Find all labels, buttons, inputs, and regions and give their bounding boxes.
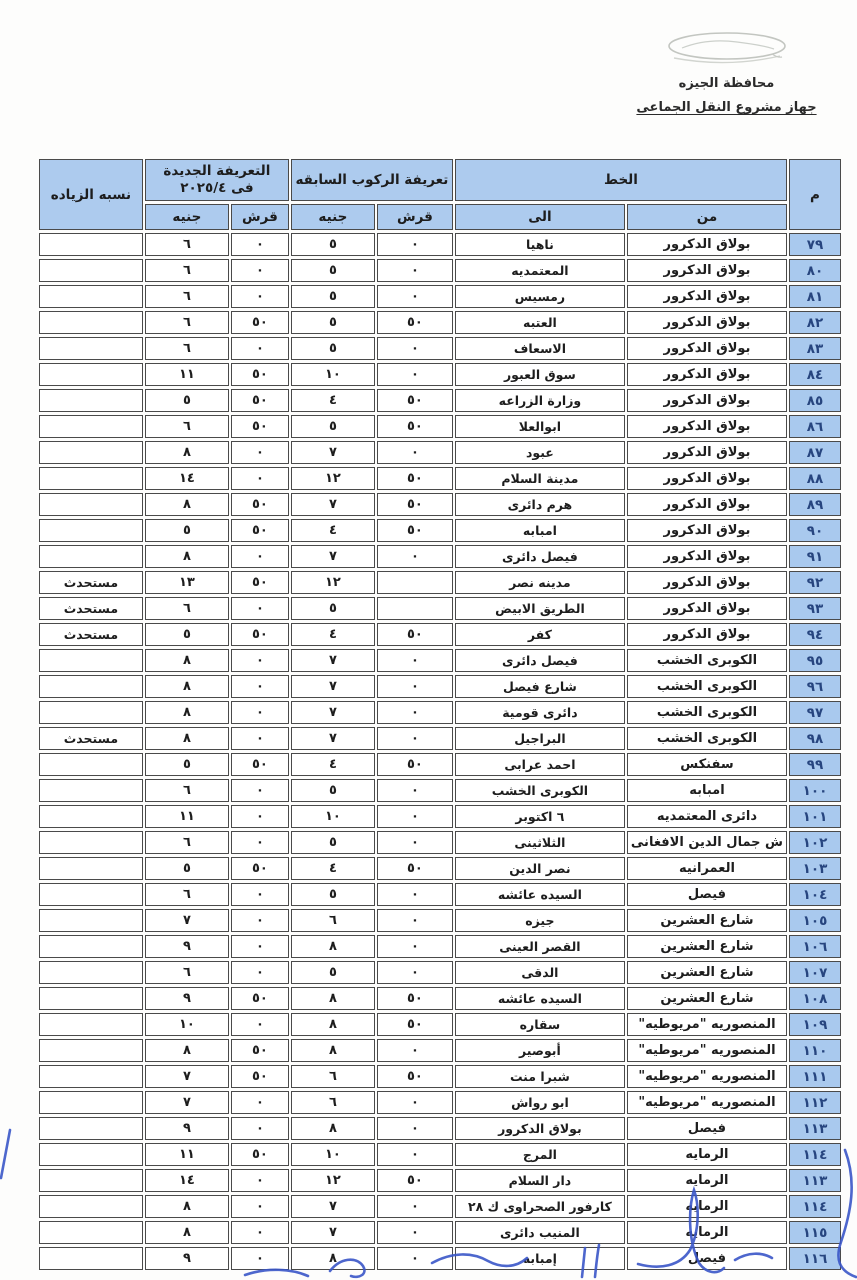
prev-qirsh-cell: ٥٠ xyxy=(377,623,453,646)
table-row: ١١٦فيصلإمبابه٠٨٠٩ xyxy=(39,1247,841,1270)
row-index-cell: ٧٩ xyxy=(789,233,841,256)
new-geneh-cell: ٧ xyxy=(145,909,229,932)
from-cell: شارع العشرين xyxy=(627,961,787,984)
table-row: ١٠٤فيصلالسيده عائشه٠٥٠٦ xyxy=(39,883,841,906)
prev-qirsh-cell: ٠ xyxy=(377,883,453,906)
prev-geneh-cell: ٥ xyxy=(291,597,375,620)
table-row: ١٠٣العمرانيهنصر الدين٥٠٤٥٠٥ xyxy=(39,857,841,880)
org-name: محافظة الجيزه xyxy=(634,76,819,91)
scanned-fare-document: محافظة الجيزه جهاز مشروع النقل الجماعى م… xyxy=(0,0,857,1280)
to-cell: الطريق الابيض xyxy=(455,597,625,620)
new-qirsh-cell: ٠ xyxy=(231,285,289,308)
new-geneh-cell: ٨ xyxy=(145,441,229,464)
col-header-from: من xyxy=(627,204,787,230)
row-index-cell: ٩٩ xyxy=(789,753,841,776)
prev-geneh-cell: ٧ xyxy=(291,727,375,750)
increase-cell xyxy=(39,1065,143,1088)
prev-geneh-cell: ٨ xyxy=(291,935,375,958)
prev-qirsh-cell: ٠ xyxy=(377,545,453,568)
row-index-cell: ٨٠ xyxy=(789,259,841,282)
prev-geneh-cell: ٨ xyxy=(291,1117,375,1140)
from-cell: المنصوريه "مريوطيه" xyxy=(627,1065,787,1088)
increase-cell xyxy=(39,961,143,984)
to-cell: دائرى قومية xyxy=(455,701,625,724)
fare-table-header: م الخط تعريفة الركوب السابقه التعريفة ال… xyxy=(39,159,841,230)
new-qirsh-cell: ٠ xyxy=(231,259,289,282)
increase-cell xyxy=(39,857,143,880)
increase-cell xyxy=(39,1039,143,1062)
new-qirsh-cell: ٠ xyxy=(231,701,289,724)
prev-geneh-cell: ٥ xyxy=(291,415,375,438)
row-index-cell: ٨٤ xyxy=(789,363,841,386)
new-geneh-cell: ٩ xyxy=(145,935,229,958)
increase-cell xyxy=(39,441,143,464)
increase-cell xyxy=(39,415,143,438)
from-cell: فيصل xyxy=(627,1247,787,1270)
to-cell: الاسعاف xyxy=(455,337,625,360)
row-index-cell: ١٠٢ xyxy=(789,831,841,854)
new-qirsh-cell: ٠ xyxy=(231,675,289,698)
increase-cell xyxy=(39,1169,143,1192)
new-qirsh-cell: ٥٠ xyxy=(231,1143,289,1166)
from-cell: الكوبرى الخشب xyxy=(627,649,787,672)
prev-geneh-cell: ٨ xyxy=(291,987,375,1010)
new-geneh-cell: ٨ xyxy=(145,675,229,698)
from-cell: بولاق الدكرور xyxy=(627,363,787,386)
prev-geneh-cell: ٥ xyxy=(291,311,375,334)
prev-qirsh-cell: ٥٠ xyxy=(377,415,453,438)
prev-geneh-cell: ٤ xyxy=(291,623,375,646)
from-cell: بولاق الدكرور xyxy=(627,597,787,620)
new-qirsh-cell: ٠ xyxy=(231,727,289,750)
prev-geneh-cell: ٨ xyxy=(291,1013,375,1036)
prev-geneh-cell: ٧ xyxy=(291,545,375,568)
to-cell: كفر xyxy=(455,623,625,646)
row-index-cell: ٨٧ xyxy=(789,441,841,464)
new-qirsh-cell: ٥٠ xyxy=(231,363,289,386)
new-qirsh-cell: ٥٠ xyxy=(231,311,289,334)
new-qirsh-cell: ٠ xyxy=(231,935,289,958)
table-row: ١١٥الرمايهالمنيب دائرى٠٧٠٨ xyxy=(39,1221,841,1244)
prev-qirsh-cell: ٠ xyxy=(377,233,453,256)
prev-geneh-cell: ٥ xyxy=(291,883,375,906)
new-geneh-cell: ٨ xyxy=(145,1195,229,1218)
new-geneh-cell: ١٠ xyxy=(145,1013,229,1036)
new-qirsh-cell: ٠ xyxy=(231,597,289,620)
table-row: ٩١بولاق الدكرورفيصل دائرى٠٧٠٨ xyxy=(39,545,841,568)
increase-cell xyxy=(39,701,143,724)
prev-qirsh-cell: ٥٠ xyxy=(377,857,453,880)
to-cell: فيصل دائرى xyxy=(455,545,625,568)
table-row: ٨٥بولاق الدكروروزارة الزراعه٥٠٤٥٠٥ xyxy=(39,389,841,412)
to-cell: ابو رواش xyxy=(455,1091,625,1114)
table-row: ٨٣بولاق الدكرورالاسعاف٠٥٠٦ xyxy=(39,337,841,360)
prev-qirsh-cell: ٠ xyxy=(377,1221,453,1244)
new-qirsh-cell: ٠ xyxy=(231,649,289,672)
new-qirsh-cell: ٥٠ xyxy=(231,415,289,438)
from-cell: الكوبرى الخشب xyxy=(627,701,787,724)
table-row: ٨٢بولاق الدكرورالعتبه٥٠٥٥٠٦ xyxy=(39,311,841,334)
table-row: ٨٠بولاق الدكرورالمعتمديه٠٥٠٦ xyxy=(39,259,841,282)
from-cell: ش جمال الدين الافغانى xyxy=(627,831,787,854)
increase-cell xyxy=(39,675,143,698)
prev-qirsh-cell: ٠ xyxy=(377,285,453,308)
row-index-cell: ٨٥ xyxy=(789,389,841,412)
prev-geneh-cell: ٧ xyxy=(291,675,375,698)
row-index-cell: ٨٩ xyxy=(789,493,841,516)
prev-qirsh-cell: ٠ xyxy=(377,935,453,958)
row-index-cell: ٨٣ xyxy=(789,337,841,360)
from-cell: الرمايه xyxy=(627,1169,787,1192)
new-qirsh-cell: ٥٠ xyxy=(231,493,289,516)
new-geneh-cell: ٦ xyxy=(145,259,229,282)
new-geneh-cell: ٨ xyxy=(145,1039,229,1062)
new-geneh-cell: ٥ xyxy=(145,389,229,412)
table-row: ٩٠بولاق الدكرورامبابه٥٠٤٥٠٥ xyxy=(39,519,841,542)
prev-geneh-cell: ٧ xyxy=(291,441,375,464)
to-cell: رمسيس xyxy=(455,285,625,308)
increase-cell xyxy=(39,545,143,568)
row-index-cell: ٩٥ xyxy=(789,649,841,672)
new-geneh-cell: ٨ xyxy=(145,493,229,516)
new-geneh-cell: ٥ xyxy=(145,857,229,880)
to-cell: سوق العبور xyxy=(455,363,625,386)
new-geneh-cell: ٨ xyxy=(145,545,229,568)
increase-cell xyxy=(39,285,143,308)
increase-cell xyxy=(39,779,143,802)
new-qirsh-cell: ٠ xyxy=(231,1013,289,1036)
to-cell: شبرا منت xyxy=(455,1065,625,1088)
prev-geneh-cell: ١٠ xyxy=(291,1143,375,1166)
to-cell: الثلاثينى xyxy=(455,831,625,854)
increase-cell xyxy=(39,883,143,906)
to-cell: شارع فيصل xyxy=(455,675,625,698)
row-index-cell: ١٠٣ xyxy=(789,857,841,880)
to-cell: ٦ اكتوبر xyxy=(455,805,625,828)
prev-geneh-cell: ٨ xyxy=(291,1247,375,1270)
from-cell: شارع العشرين xyxy=(627,987,787,1010)
from-cell: الرمايه xyxy=(627,1143,787,1166)
prev-qirsh-cell: ٥٠ xyxy=(377,493,453,516)
new-qirsh-cell: ٠ xyxy=(231,233,289,256)
to-cell: نصر الدين xyxy=(455,857,625,880)
table-row: ١٠٩المنصوريه "مريوطيه"سقاره٥٠٨٠١٠ xyxy=(39,1013,841,1036)
row-index-cell: ٩٧ xyxy=(789,701,841,724)
from-cell: بولاق الدكرور xyxy=(627,467,787,490)
to-cell: إمبابه xyxy=(455,1247,625,1270)
table-row: ١٠٢ش جمال الدين الافغانىالثلاثينى٠٥٠٦ xyxy=(39,831,841,854)
increase-cell xyxy=(39,493,143,516)
new-qirsh-cell: ٥٠ xyxy=(231,1065,289,1088)
prev-qirsh-cell: ٠ xyxy=(377,675,453,698)
from-cell: الكوبرى الخشب xyxy=(627,727,787,750)
new-qirsh-cell: ٠ xyxy=(231,805,289,828)
increase-cell: مستحدث xyxy=(39,623,143,646)
from-cell: بولاق الدكرور xyxy=(627,259,787,282)
col-header-previous-fare-group: تعريفة الركوب السابقه xyxy=(291,159,453,201)
from-cell: الكوبرى الخشب xyxy=(627,675,787,698)
table-row: ١٠٥شارع العشرينجيزه٠٦٠٧ xyxy=(39,909,841,932)
prev-geneh-cell: ٥ xyxy=(291,259,375,282)
row-index-cell: ٩٠ xyxy=(789,519,841,542)
table-row: ٨١بولاق الدكروررمسيس٠٥٠٦ xyxy=(39,285,841,308)
prev-geneh-cell: ٨ xyxy=(291,1039,375,1062)
new-fare-group-line1: التعريفة الجديدة xyxy=(149,163,285,180)
prev-qirsh-cell: ٠ xyxy=(377,805,453,828)
fare-table-body: ٧٩بولاق الدكرورناهيا٠٥٠٦٨٠بولاق الدكرورا… xyxy=(39,233,841,1270)
prev-geneh-cell: ٤ xyxy=(291,389,375,412)
new-qirsh-cell: ٠ xyxy=(231,337,289,360)
increase-cell xyxy=(39,311,143,334)
row-index-cell: ١٠٥ xyxy=(789,909,841,932)
prev-qirsh-cell: ٠ xyxy=(377,441,453,464)
from-cell: بولاق الدكرور xyxy=(627,623,787,646)
row-index-cell: ١٠٩ xyxy=(789,1013,841,1036)
prev-geneh-cell: ١٢ xyxy=(291,571,375,594)
table-row: ٧٩بولاق الدكرورناهيا٠٥٠٦ xyxy=(39,233,841,256)
increase-cell xyxy=(39,753,143,776)
new-geneh-cell: ١٤ xyxy=(145,1169,229,1192)
row-index-cell: ٨٦ xyxy=(789,415,841,438)
increase-cell xyxy=(39,805,143,828)
row-index-cell: ٨٢ xyxy=(789,311,841,334)
row-index-cell: ١٠٨ xyxy=(789,987,841,1010)
table-row: ٩٢بولاق الدكرورمدينه نصر١٢٥٠١٣مستحدث xyxy=(39,571,841,594)
col-header-new-geneh: جنيه xyxy=(145,204,229,230)
new-geneh-cell: ١٤ xyxy=(145,467,229,490)
new-geneh-cell: ٦ xyxy=(145,883,229,906)
governorate-seal-icon xyxy=(652,28,802,70)
from-cell: بولاق الدكرور xyxy=(627,493,787,516)
table-row: ٨٨بولاق الدكرورمدينة السلام٥٠١٢٠١٤ xyxy=(39,467,841,490)
table-row: ٩٣بولاق الدكرورالطريق الابيض٥٠٦مستحدث xyxy=(39,597,841,620)
row-index-cell: ١١٦ xyxy=(789,1247,841,1270)
to-cell: احمد عرابى xyxy=(455,753,625,776)
increase-cell xyxy=(39,649,143,672)
prev-geneh-cell: ٧ xyxy=(291,1221,375,1244)
prev-qirsh-cell: ٠ xyxy=(377,1117,453,1140)
prev-geneh-cell: ٧ xyxy=(291,649,375,672)
new-qirsh-cell: ٠ xyxy=(231,467,289,490)
col-header-new-qirsh: قرش xyxy=(231,204,289,230)
prev-qirsh-cell: ٥٠ xyxy=(377,1169,453,1192)
table-row: ٨٤بولاق الدكرورسوق العبور٠١٠٥٠١١ xyxy=(39,363,841,386)
table-row: ١١٢المنصوريه "مريوطيه"ابو رواش٠٦٠٧ xyxy=(39,1091,841,1114)
prev-geneh-cell: ٤ xyxy=(291,519,375,542)
new-geneh-cell: ٦ xyxy=(145,415,229,438)
to-cell: مدينه نصر xyxy=(455,571,625,594)
prev-qirsh-cell: ٠ xyxy=(377,649,453,672)
prev-qirsh-cell: ٠ xyxy=(377,1039,453,1062)
from-cell: بولاق الدكرور xyxy=(627,415,787,438)
new-qirsh-cell: ٠ xyxy=(231,779,289,802)
row-index-cell: ٩٣ xyxy=(789,597,841,620)
row-index-cell: ١١٣ xyxy=(789,1169,841,1192)
from-cell: المنصوريه "مريوطيه" xyxy=(627,1013,787,1036)
new-geneh-cell: ٧ xyxy=(145,1065,229,1088)
new-fare-group-line2: فى ٢٠٢٥/٤ xyxy=(149,180,285,197)
prev-geneh-cell: ٦ xyxy=(291,1065,375,1088)
increase-cell xyxy=(39,831,143,854)
from-cell: شارع العشرين xyxy=(627,909,787,932)
table-row: ٨٦بولاق الدكرورابوالعلا٥٠٥٥٠٦ xyxy=(39,415,841,438)
to-cell: السيده عائشه xyxy=(455,987,625,1010)
row-index-cell: ٩٦ xyxy=(789,675,841,698)
row-index-cell: ١١٣ xyxy=(789,1117,841,1140)
from-cell: بولاق الدكرور xyxy=(627,337,787,360)
new-qirsh-cell: ٥٠ xyxy=(231,1039,289,1062)
new-qirsh-cell: ٠ xyxy=(231,961,289,984)
new-geneh-cell: ١٣ xyxy=(145,571,229,594)
prev-qirsh-cell: ٠ xyxy=(377,701,453,724)
ink-left-edge-stroke xyxy=(1,1130,10,1178)
prev-geneh-cell: ٦ xyxy=(291,909,375,932)
prev-qirsh-cell: ٠ xyxy=(377,259,453,282)
row-index-cell: ١٠٦ xyxy=(789,935,841,958)
table-row: ١٠٠امبابهالكوبرى الخشب٠٥٠٦ xyxy=(39,779,841,802)
prev-qirsh-cell: ٠ xyxy=(377,961,453,984)
new-geneh-cell: ٦ xyxy=(145,285,229,308)
to-cell: القصر العينى xyxy=(455,935,625,958)
new-qirsh-cell: ٠ xyxy=(231,1221,289,1244)
col-header-prev-geneh: جنيه xyxy=(291,204,375,230)
row-index-cell: ١٠٤ xyxy=(789,883,841,906)
new-qirsh-cell: ٠ xyxy=(231,1117,289,1140)
new-qirsh-cell: ٥٠ xyxy=(231,519,289,542)
prev-qirsh-cell: ٥٠ xyxy=(377,1065,453,1088)
table-row: ٩٥الكوبرى الخشبفيصل دائرى٠٧٠٨ xyxy=(39,649,841,672)
new-geneh-cell: ٩ xyxy=(145,1247,229,1270)
prev-qirsh-cell: ٠ xyxy=(377,337,453,360)
increase-cell xyxy=(39,987,143,1010)
to-cell: سقاره xyxy=(455,1013,625,1036)
to-cell: بولاق الدكرور xyxy=(455,1117,625,1140)
new-geneh-cell: ٨ xyxy=(145,1221,229,1244)
new-geneh-cell: ١١ xyxy=(145,1143,229,1166)
new-qirsh-cell: ٥٠ xyxy=(231,753,289,776)
table-row: ٩٧الكوبرى الخشبدائرى قومية٠٧٠٨ xyxy=(39,701,841,724)
from-cell: المنصوريه "مريوطيه" xyxy=(627,1039,787,1062)
table-row: ١١٠المنصوريه "مريوطيه"أبوصير٠٨٥٠٨ xyxy=(39,1039,841,1062)
to-cell: كارفور الصحراوى ك ٢٨ xyxy=(455,1195,625,1218)
new-geneh-cell: ٥ xyxy=(145,753,229,776)
increase-cell xyxy=(39,363,143,386)
increase-cell xyxy=(39,1091,143,1114)
new-geneh-cell: ٦ xyxy=(145,961,229,984)
prev-qirsh-cell: ٠ xyxy=(377,831,453,854)
new-geneh-cell: ٥ xyxy=(145,623,229,646)
prev-qirsh-cell: ٠ xyxy=(377,1143,453,1166)
from-cell: فيصل xyxy=(627,1117,787,1140)
table-row: ١١٤الرمايهكارفور الصحراوى ك ٢٨٠٧٠٨ xyxy=(39,1195,841,1218)
from-cell: امبابه xyxy=(627,779,787,802)
to-cell: ابوالعلا xyxy=(455,415,625,438)
prev-qirsh-cell: ٥٠ xyxy=(377,467,453,490)
prev-qirsh-cell: ٠ xyxy=(377,727,453,750)
new-qirsh-cell: ٠ xyxy=(231,831,289,854)
new-geneh-cell: ٦ xyxy=(145,779,229,802)
prev-geneh-cell: ١٠ xyxy=(291,363,375,386)
col-header-new-fare-group: التعريفة الجديدة فى ٢٠٢٥/٤ xyxy=(145,159,289,201)
row-index-cell: ١١٢ xyxy=(789,1091,841,1114)
prev-geneh-cell: ١٠ xyxy=(291,805,375,828)
increase-cell xyxy=(39,389,143,412)
row-index-cell: ١١١ xyxy=(789,1065,841,1088)
col-header-increase: نسبه الزياده xyxy=(39,159,143,230)
increase-cell xyxy=(39,467,143,490)
table-row: ١١١المنصوريه "مريوطيه"شبرا منت٥٠٦٥٠٧ xyxy=(39,1065,841,1088)
new-qirsh-cell: ٥٠ xyxy=(231,857,289,880)
to-cell: الكوبرى الخشب xyxy=(455,779,625,802)
to-cell: العتبه xyxy=(455,311,625,334)
increase-cell xyxy=(39,337,143,360)
from-cell: بولاق الدكرور xyxy=(627,545,787,568)
table-row: ١٠٦شارع العشرينالقصر العينى٠٨٠٩ xyxy=(39,935,841,958)
prev-geneh-cell: ٧ xyxy=(291,493,375,516)
to-cell: أبوصير xyxy=(455,1039,625,1062)
col-header-index: م xyxy=(789,159,841,230)
new-geneh-cell: ٧ xyxy=(145,1091,229,1114)
table-row: ٩٨الكوبرى الخشبالبراجيل٠٧٠٨مستحدث xyxy=(39,727,841,750)
prev-geneh-cell: ١٢ xyxy=(291,467,375,490)
prev-qirsh-cell: ٠ xyxy=(377,1247,453,1270)
row-index-cell: ١٠٠ xyxy=(789,779,841,802)
prev-qirsh-cell: ٥٠ xyxy=(377,389,453,412)
prev-geneh-cell: ٤ xyxy=(291,753,375,776)
increase-cell xyxy=(39,1247,143,1270)
table-row: ١٠٨شارع العشرينالسيده عائشه٥٠٨٥٠٩ xyxy=(39,987,841,1010)
to-cell: الدقى xyxy=(455,961,625,984)
from-cell: بولاق الدكرور xyxy=(627,571,787,594)
from-cell: الرمايه xyxy=(627,1195,787,1218)
prev-geneh-cell: ٥ xyxy=(291,233,375,256)
new-geneh-cell: ٦ xyxy=(145,597,229,620)
increase-cell: مستحدث xyxy=(39,727,143,750)
to-cell: البراجيل xyxy=(455,727,625,750)
increase-cell xyxy=(39,1143,143,1166)
row-index-cell: ٩٤ xyxy=(789,623,841,646)
from-cell: الرمايه xyxy=(627,1221,787,1244)
from-cell: بولاق الدكرور xyxy=(627,311,787,334)
new-geneh-cell: ٦ xyxy=(145,233,229,256)
from-cell: المنصوريه "مريوطيه" xyxy=(627,1091,787,1114)
new-qirsh-cell: ٠ xyxy=(231,909,289,932)
from-cell: دائرى المعتمديه xyxy=(627,805,787,828)
to-cell: المرج xyxy=(455,1143,625,1166)
prev-geneh-cell: ٧ xyxy=(291,701,375,724)
table-row: ٩٩سفنكساحمد عرابى٥٠٤٥٠٥ xyxy=(39,753,841,776)
col-header-prev-qirsh: قرش xyxy=(377,204,453,230)
row-index-cell: ١٠١ xyxy=(789,805,841,828)
new-geneh-cell: ١١ xyxy=(145,805,229,828)
from-cell: بولاق الدكرور xyxy=(627,233,787,256)
to-cell: دار السلام xyxy=(455,1169,625,1192)
prev-qirsh-cell: ٠ xyxy=(377,363,453,386)
row-index-cell: ٩١ xyxy=(789,545,841,568)
new-qirsh-cell: ٠ xyxy=(231,1195,289,1218)
prev-qirsh-cell: ٥٠ xyxy=(377,987,453,1010)
table-row: ٨٧بولاق الدكرورعبود٠٧٠٨ xyxy=(39,441,841,464)
new-qirsh-cell: ٠ xyxy=(231,1091,289,1114)
from-cell: بولاق الدكرور xyxy=(627,519,787,542)
table-row: ١٠١دائرى المعتمديه٦ اكتوبر٠١٠٠١١ xyxy=(39,805,841,828)
fare-table: م الخط تعريفة الركوب السابقه التعريفة ال… xyxy=(37,156,843,1273)
prev-qirsh-cell: ٠ xyxy=(377,1195,453,1218)
increase-cell: مستحدث xyxy=(39,571,143,594)
increase-cell xyxy=(39,1221,143,1244)
new-qirsh-cell: ٥٠ xyxy=(231,987,289,1010)
new-qirsh-cell: ٠ xyxy=(231,1247,289,1270)
